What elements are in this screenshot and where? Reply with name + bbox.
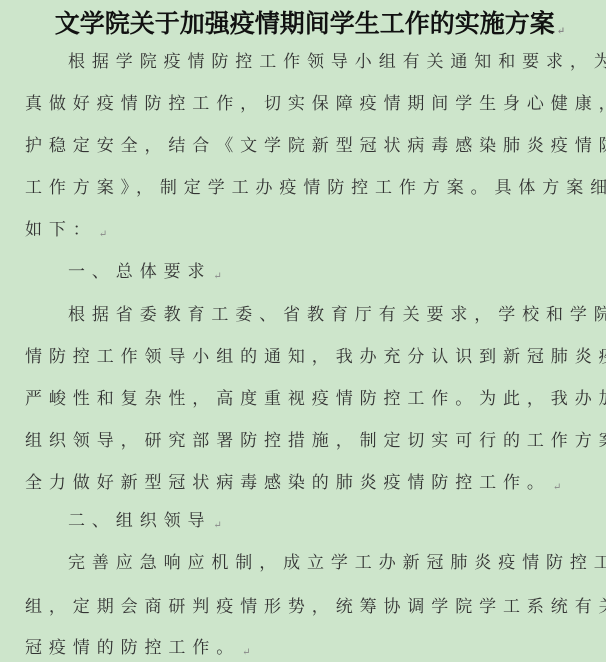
document-title-text: 文学院关于加强疫情期间学生工作的实施方案 [55, 9, 555, 38]
section-heading-organization-leadership: 二、组织领导↵ [68, 510, 222, 537]
body-line: 冠疫情的防控工作。↵ [25, 637, 251, 662]
body-line: 如下：↵ [25, 219, 107, 246]
body-line: 根据省委教育工委、省教育厅有关要求，学校和学院疫 [68, 304, 606, 326]
body-line: 根据学院疫情防控工作领导小组有关通知和要求，为认 [68, 51, 606, 73]
body-line: 工作方案》，制定学工办疫情防控工作方案。具体方案细则 [25, 177, 606, 199]
body-line: 完善应急响应机制，成立学工办新冠肺炎疫情防控工作 [68, 552, 606, 574]
body-line: 情防控工作领导小组的通知，我办充分认识到新冠肺炎疫情 [25, 346, 606, 368]
body-line: 护稳定安全，结合《文学院新型冠状病毒感染肺炎疫情防控 [25, 135, 606, 157]
paragraph-mark-icon: ↵ [557, 26, 565, 37]
document-page: 文学院关于加强疫情期间学生工作的实施方案↵ 根据学院疫情防控工作领导小组有关通知… [0, 0, 606, 662]
paragraph-mark-icon: ↵ [242, 647, 250, 658]
paragraph-mark-icon: ↵ [213, 271, 221, 282]
body-line: 真做好疫情防控工作，切实保障疫情期间学生身心健康，维 [25, 93, 606, 115]
body-line: 组织领导，研究部署防控措施，制定切实可行的工作方案， [25, 430, 606, 452]
paragraph-mark-icon: ↵ [99, 229, 107, 240]
paragraph-mark-icon: ↵ [553, 482, 561, 493]
body-line: 组，定期会商研判疫情形势，统筹协调学院学工系统有关新 [25, 596, 606, 618]
document-title: 文学院关于加强疫情期间学生工作的实施方案↵ [0, 4, 606, 40]
body-line: 全力做好新型冠状病毒感染的肺炎疫情防控工作。↵ [25, 472, 561, 499]
body-line: 严峻性和复杂性，高度重视疫情防控工作。为此，我办加强 [25, 388, 606, 410]
section-heading-general-requirements: 一、总体要求↵ [68, 261, 222, 288]
paragraph-mark-icon: ↵ [213, 520, 221, 531]
